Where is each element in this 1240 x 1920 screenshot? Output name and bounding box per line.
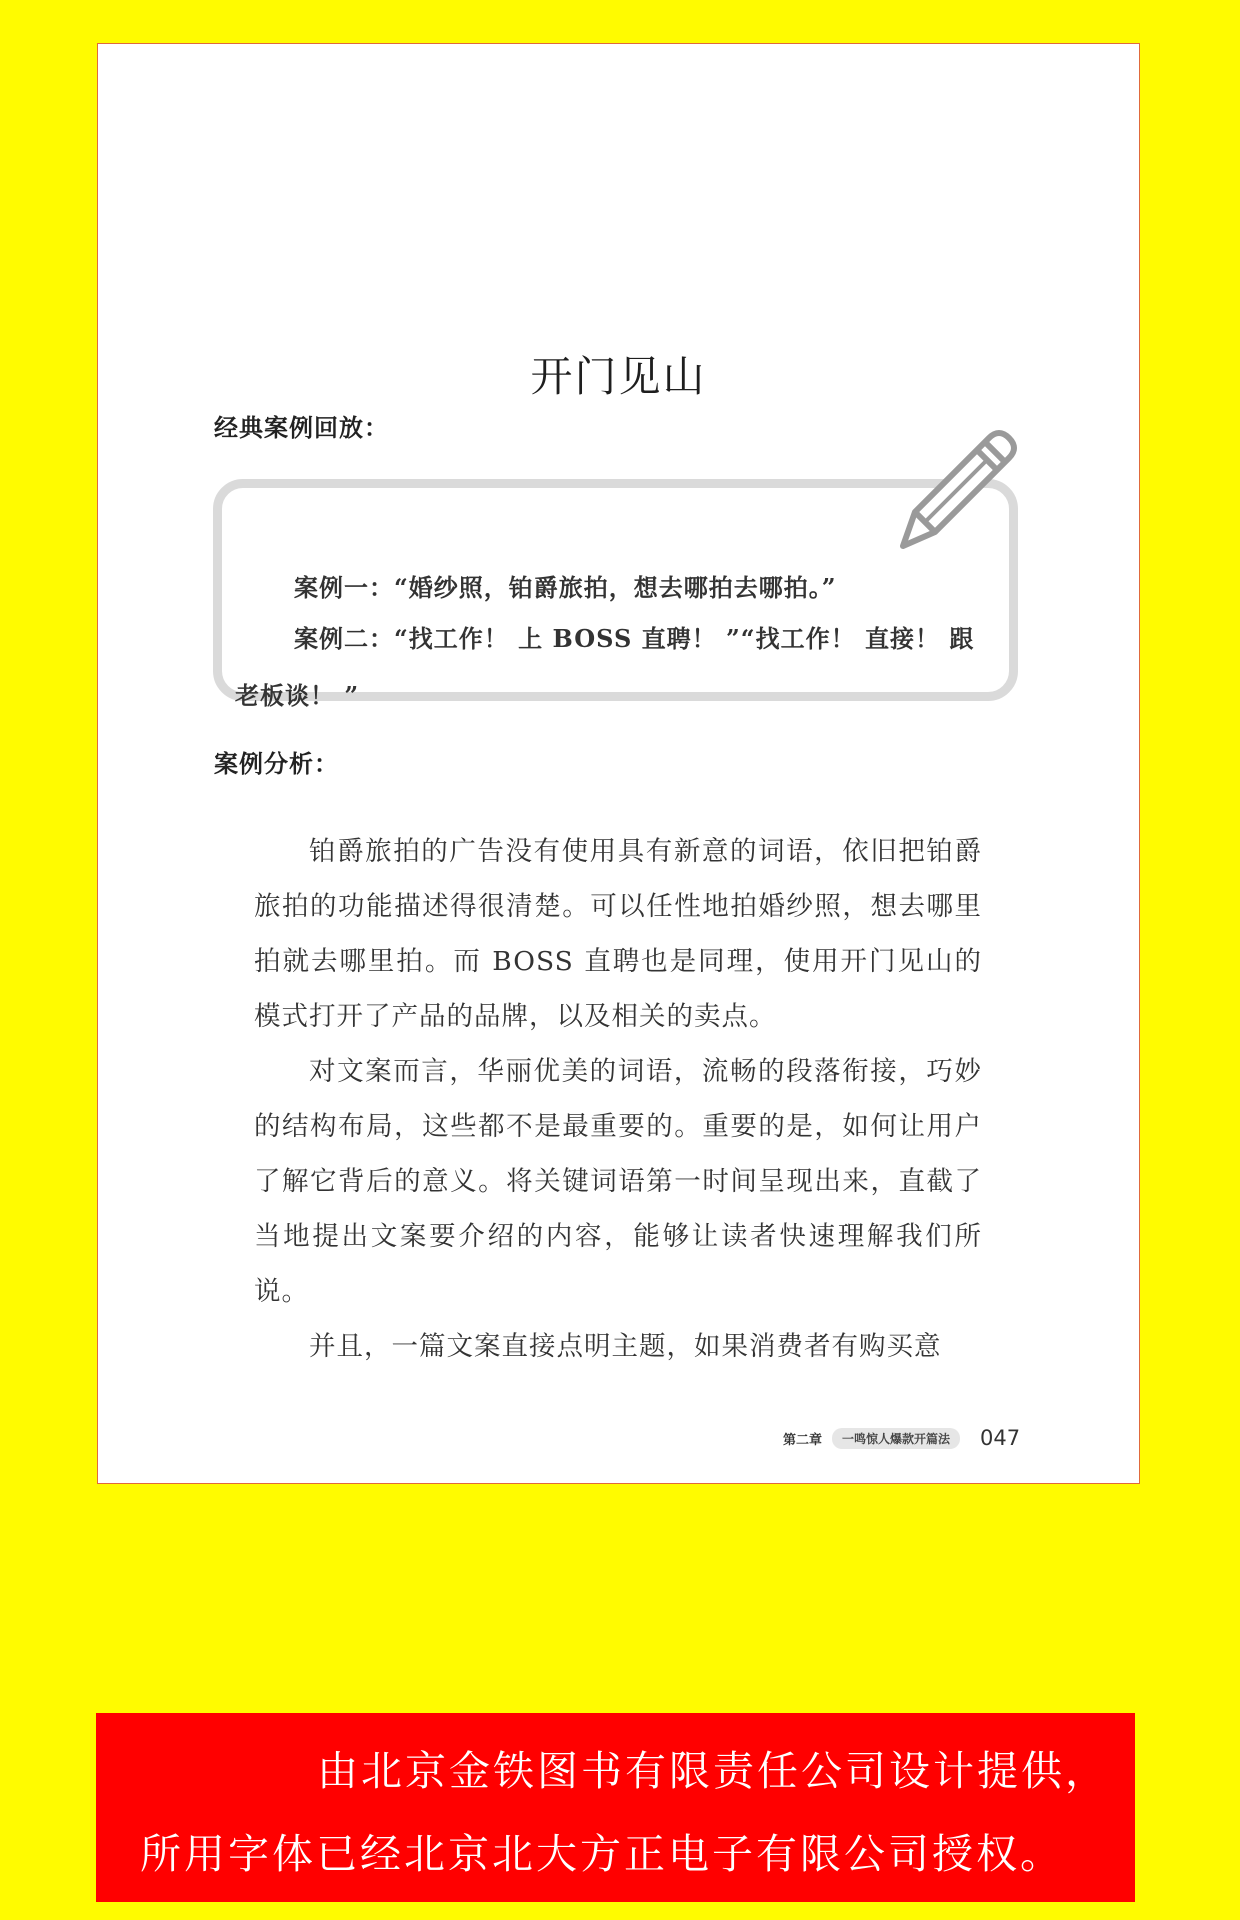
classic-cases-heading: 经典案例回放：	[214, 408, 389, 443]
paragraph: 对文案而言，华丽优美的词语，流畅的段落衔接，巧妙的结构布局，这些都不是最重要的。…	[254, 1044, 982, 1319]
case-two-continued: 老板谈！ ”	[235, 676, 359, 711]
page-number: 047	[980, 1426, 1020, 1450]
chapter-title: 一鸣惊人爆款开篇法	[832, 1428, 960, 1449]
copyright-banner: 由北京金铁图书有限责任公司设计提供， 所用字体已经北京北大方正电子有限公司授权。	[96, 1713, 1135, 1902]
banner-line-2: 所用字体已经北京北大方正电子有限公司授权。	[140, 1821, 1064, 1880]
pencil-icon	[893, 424, 1023, 554]
chapter-label: 第二章	[783, 1429, 822, 1448]
analysis-body: 铂爵旅拍的广告没有使用具有新意的词语，依旧把铂爵旅拍的功能描述得很清楚。可以任性…	[254, 824, 982, 1374]
analysis-heading: 案例分析：	[214, 744, 339, 779]
paragraph: 铂爵旅拍的广告没有使用具有新意的词语，依旧把铂爵旅拍的功能描述得很清楚。可以任性…	[254, 824, 982, 1044]
page-title: 开门见山	[98, 344, 1139, 404]
case-two: 案例二：“找工作！ 上 BOSS 直聘！ ”“找工作！ 直接！ 跟	[294, 619, 974, 654]
paragraph: 并且，一篇文案直接点明主题，如果消费者有购买意	[254, 1319, 982, 1374]
case-one: 案例一：“婚纱照，铂爵旅拍，想去哪拍去哪拍。”	[294, 568, 837, 603]
banner-line-1: 由北京金铁图书有限责任公司设计提供，	[317, 1738, 1109, 1797]
page-footer: 第二章 一鸣惊人爆款开篇法 047	[783, 1425, 1020, 1451]
book-page: 开门见山 经典案例回放： 案例一：“婚纱照，铂爵旅拍，想去哪拍去哪拍。” 案例二…	[97, 43, 1140, 1484]
